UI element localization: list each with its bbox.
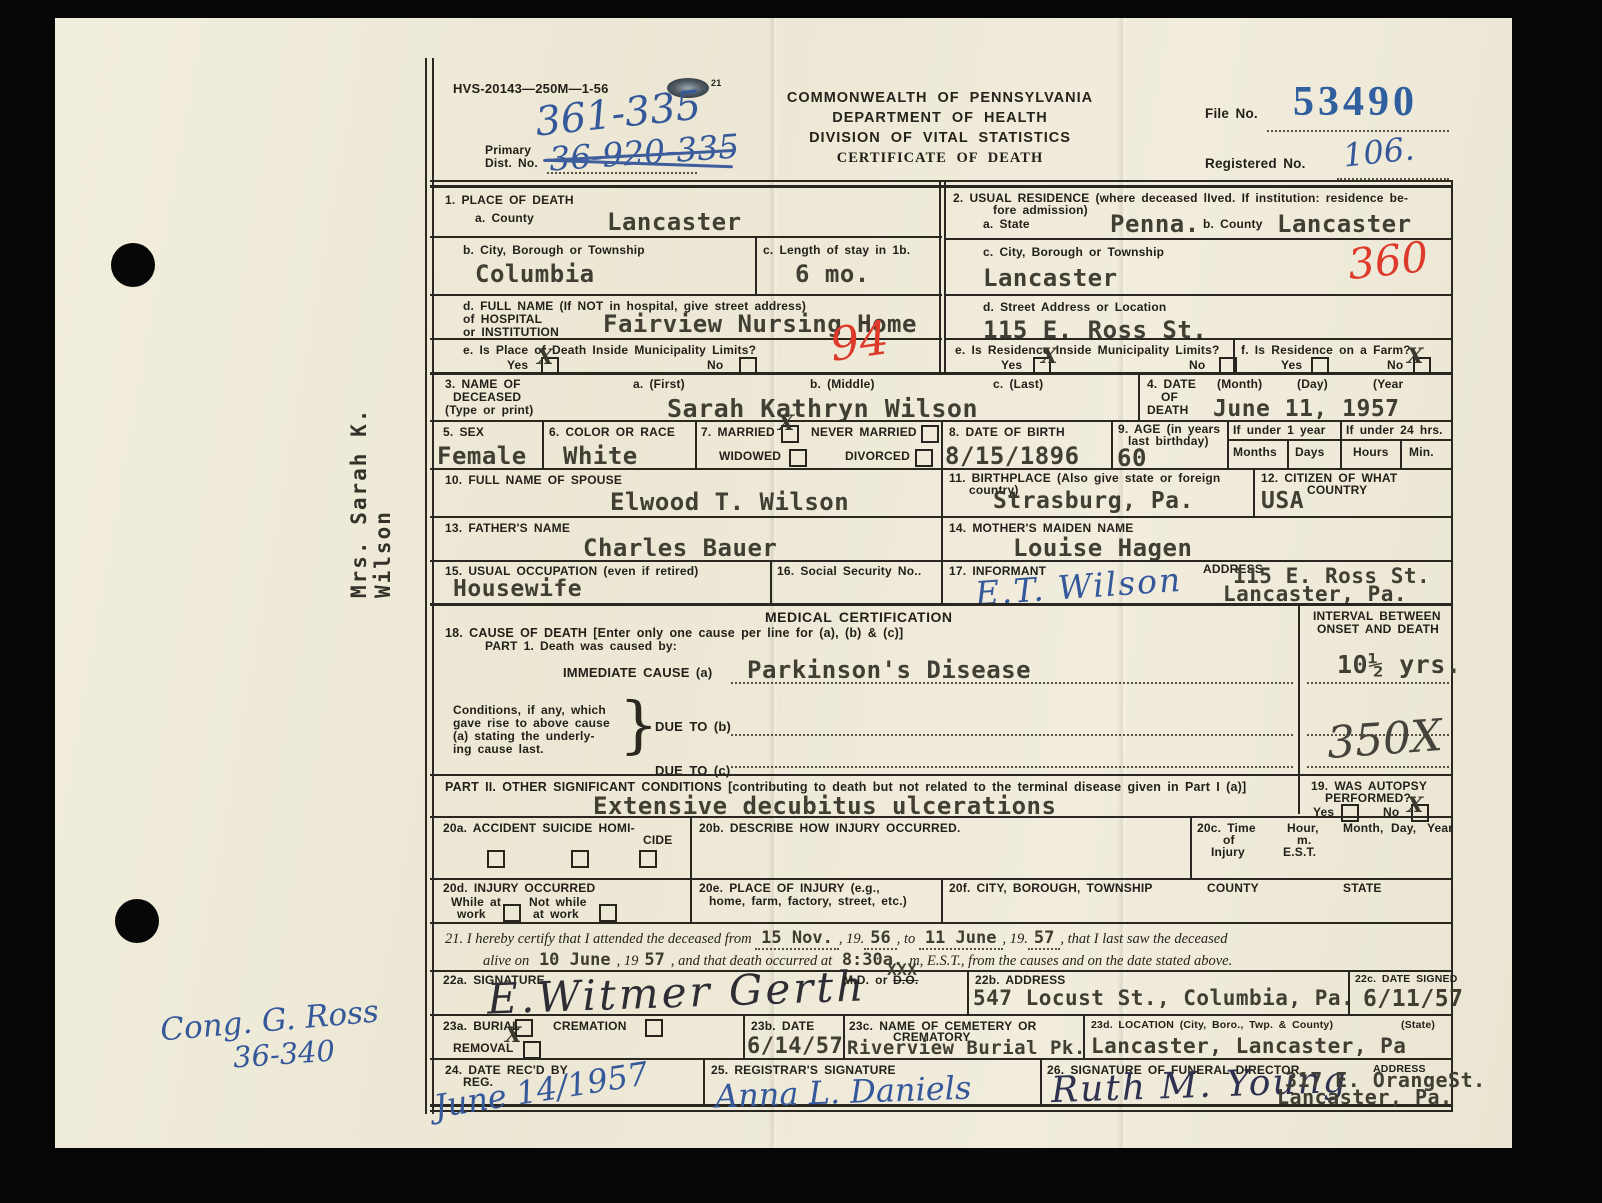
s20c-est-label: E.S.T. [1283,846,1316,859]
s22b-value: 547 Locust St., Columbia, Pa. [973,988,1354,1009]
divider [690,878,692,922]
divider [755,236,757,294]
divider [430,1058,1453,1060]
primary-dist-label2: Dist. No. [485,157,538,170]
s21-p1: 21. I hereby certify that I attended the… [445,931,752,947]
divider [946,294,1451,296]
divider [430,1110,1453,1112]
s15-value: Housewife [453,578,582,601]
s9-value: 60 [1117,446,1147,470]
s21-alive-date: 10 June [533,950,617,972]
s1c-label: c. Length of stay in 1b. [763,244,910,257]
org-line1: COMMONWEALTH OF PENNSYLVANIA [615,90,1265,106]
s21-to-date: 11 June [919,928,1003,950]
divider [743,1014,745,1058]
s20b-label: 20b. DESCRIBE HOW INJURY OCCURRED. [699,822,961,835]
s21-p7: , 19 [617,953,639,969]
s3-first-label: a. (First) [633,378,685,391]
stub-handwritten-note-line2: 36-340 [232,1036,336,1072]
stub-divider-rule [425,58,434,1114]
divider [941,516,943,560]
divider [939,180,941,372]
s3-middle-label: b. (Middle) [810,378,875,391]
s20f-county-label: COUNTY [1207,882,1259,895]
s18-interval-label2: ONSET AND DEATH [1317,623,1439,636]
s9-hours-label: Hours [1353,446,1389,459]
s23b-label: 23b. DATE [751,1020,814,1033]
divider [946,338,1451,340]
s19-no-x-mark: X [1407,794,1423,815]
s1e-no-label: No [707,359,723,372]
s20a-suicide-checkbox [571,850,589,868]
divider [430,294,942,296]
s20f-label: 20f. CITY, BOROUGH, TOWNSHIP [949,882,1153,895]
s18-cause-a-value: Parkinson's Disease [747,658,1031,682]
s2e-label: e. Is Residence Inside Municipality Limi… [955,344,1220,357]
s2f-no-x-mark: X [1407,345,1423,366]
s11-value: Strasburg, Pa. [993,490,1194,513]
dotted-line [1307,682,1449,684]
s2e-yes-label: Yes [1001,359,1022,372]
s20c-month-label: Month, [1343,822,1384,835]
s18-code-handwritten: 350X [1326,714,1444,766]
s20a-homicide-checkbox [639,850,657,868]
s13-label: 13. FATHER'S NAME [445,522,570,535]
divider [941,560,943,603]
s1e-yes-x-mark: X [537,346,553,367]
s23c-value: Riverview Burial Pk. [847,1039,1086,1058]
s3-title3: (Type or print) [445,404,533,417]
s3-value: Sarah Kathryn Wilson [667,396,978,421]
divider [430,774,1453,776]
s20d-while-checkbox [503,904,521,922]
s17-address-line2: Lancaster, Pa. [1223,584,1407,605]
s23a-removal-label: REMOVAL [453,1042,514,1055]
s23d-value: Lancaster, Lancaster, Pa [1091,1036,1406,1057]
s23a-cremation-checkbox [645,1019,663,1037]
s20f-state-label: STATE [1343,882,1382,895]
divider [770,560,772,603]
s9-months-label: Months [1233,446,1277,459]
divider [430,816,1453,818]
s8-label: 8. DATE OF BIRTH [949,426,1065,439]
s12-label2: COUNTRY [1307,484,1367,497]
s22c-label: 22c. DATE SIGNED [1355,974,1458,986]
s1b-label: b. City, Borough or Township [463,244,645,257]
s4-value: June 11, 1957 [1213,398,1400,421]
divider [1298,606,1300,814]
s9-under1yr-label: If under 1 year [1233,424,1326,437]
divider [1287,439,1289,468]
s7-never-married-label: NEVER MARRIED [811,426,917,439]
s4-year-label: (Year [1373,378,1403,391]
s21-p5: , that I last saw the deceased [1060,931,1227,947]
dotted-line [731,766,1293,768]
s2f-no-label: No [1387,359,1403,372]
s23d-label: 23d. LOCATION (City, Boro., Twp. & Count… [1091,1020,1333,1032]
s7-widowed-checkbox [789,449,807,467]
s21-p6: alive on [483,953,529,969]
s18-due-to-c-label: DUE TO (c) [655,764,730,779]
s3-last-label: c. (Last) [993,378,1043,391]
s22a-do-xxx-mark: XXX [887,962,917,978]
s2f-label: f. Is Residence on a Farm? [1241,344,1411,357]
divider [1083,1014,1085,1058]
part2-value: Extensive decubitus ulcerations [593,794,1056,818]
s2e-no-label: No [1189,359,1205,372]
s19-label2: PERFORMED? [1325,792,1411,805]
s1-red-code: 94 [827,314,891,368]
stamp-number: 21 [711,78,721,88]
s7-never-married-checkbox [921,425,939,443]
s20a-label2: CIDE [643,834,672,847]
s20d-label: 20d. INJURY OCCURRED [443,882,595,895]
s7-married-x-mark: X [778,412,794,433]
s2a-value: Penna. [1110,212,1200,236]
s21-p3: , to [897,931,916,947]
s1e-label: e. Is Place of Death Inside Municipality… [463,344,756,357]
s22a-md-label: M.D. or [843,974,888,987]
divider [1400,439,1402,468]
s2-red-code: 360 [1346,236,1430,286]
divider [430,922,1453,924]
header-org-block: COMMONWEALTH OF PENNSYLVANIA DEPARTMENT … [615,90,1265,171]
s2a-label: a. State [983,218,1030,231]
divider [1111,420,1113,468]
s18-label: 18. CAUSE OF DEATH [Enter only one cause… [445,626,903,640]
divider [967,970,969,1014]
s2b-value: Lancaster [1277,212,1412,236]
s20a-label: 20a. ACCIDENT SUICIDE HOMI- [443,822,635,835]
divider [944,180,946,372]
s18-immediate-cause-label: IMMEDIATE CAUSE (a) [563,666,712,681]
medical-certification-title: MEDICAL CERTIFICATION [765,610,952,626]
divider [695,420,697,468]
s13-value: Charles Bauer [583,536,777,560]
file-no-dotted-line [1267,130,1449,132]
registered-number-handwritten: 106. [1342,132,1416,171]
divider [1227,439,1340,441]
s2b-label: b. County [1203,218,1263,231]
s2c-label: c. City, Borough or Township [983,246,1164,259]
divider [1340,439,1451,441]
divider [1340,420,1342,468]
divider [941,468,943,516]
divider [430,1014,1453,1016]
punch-hole-bottom [115,899,159,943]
s21-from-year: 56 [864,928,896,950]
s21-p2: , 19. [839,931,864,947]
s8-value: 8/15/1896 [945,444,1080,468]
divider [1040,1058,1042,1106]
s23d-state-label: (State) [1401,1020,1435,1032]
s16-label: 16. Social Security No.. [777,565,921,578]
s1-title: 1. PLACE OF DEATH [445,194,574,207]
divider [1138,374,1140,420]
s1a-value: Lancaster [607,210,742,234]
divider [703,1058,705,1106]
divider [430,185,1453,188]
s21-p4: , 19. [1003,931,1028,947]
divider [941,420,943,468]
s1b-value: Columbia [475,262,595,286]
s21-from-date: 15 Nov. [755,928,839,950]
s20d-work-label: work [457,908,486,921]
divider [941,878,943,922]
s12-value: USA [1261,490,1304,513]
s20d-at-work-label: at work [533,908,579,921]
dotted-line [731,734,1293,736]
divider [843,1014,845,1058]
s9-days-label: Days [1295,446,1325,459]
s20c-label3: Injury [1211,846,1245,859]
s5-value: Female [437,444,527,468]
dotted-line [1307,766,1449,768]
s20c-day-label: Day, [1391,822,1416,835]
s23a-cremation-label: CREMATION [553,1020,627,1033]
s19-yes-checkbox [1341,804,1359,822]
registered-no-label: Registered No. [1205,156,1306,171]
divider [542,420,544,468]
s21-to-year: 57 [1028,928,1060,950]
s4-label3: DEATH [1147,404,1188,417]
s6-value: White [563,444,638,468]
divider [430,180,1453,182]
s20c-year-label: Year [1427,822,1453,835]
org-line3: DIVISION OF VITAL STATISTICS [615,130,1265,146]
s9-min-label: Min. [1409,446,1434,459]
s7-divorced-label: DIVORCED [845,450,910,463]
divider [1227,420,1229,468]
s18-interval-value: 10½ yrs. [1337,652,1461,677]
s2d-label: d. Street Address or Location [983,301,1166,314]
s9-under24h-label: If under 24 hrs. [1346,424,1443,437]
certificate-title: CERTIFICATE OF DEATH [615,150,1265,167]
s10-value: Elwood T. Wilson [610,490,849,514]
s2f-yes-label: Yes [1281,359,1302,372]
s14-value: Louise Hagen [1013,536,1192,560]
s2-title-line2: fore admission) [993,204,1088,217]
s23b-value: 6/14/57 [747,1036,843,1058]
stub-vertical-name: Mrs. Sarah K. Wilson [347,318,395,598]
divider [1190,816,1192,878]
s2c-value: Lancaster [983,266,1118,290]
s7-married-label: 7. MARRIED [701,426,775,439]
s1c-value: 6 mo. [795,262,870,286]
s22c-value: 6/11/57 [1363,988,1463,1011]
file-no-label: File No. [1205,106,1258,121]
punch-hole-top [111,243,155,287]
divider [430,372,1453,375]
divider [430,236,942,238]
s10-label: 10. FULL NAME OF SPOUSE [445,474,622,487]
s26-address-line2: Lancaster, Pa. [1277,1087,1453,1107]
s4-day-label: (Day) [1297,378,1328,391]
s2e-yes-x-mark: X [1041,345,1057,366]
divider [690,816,692,878]
s1e-yes-label: Yes [507,359,528,372]
s21-line1: 21. I hereby certify that I attended the… [445,928,1228,948]
divider [1253,468,1255,516]
conditions-brace: } [619,694,658,756]
divider [1233,338,1235,372]
s18-part1-label: PART 1. Death was caused by: [485,640,677,653]
divider [1348,970,1350,1014]
death-certificate-scan: Mrs. Sarah K. Wilson Cong. G. Ross 36-34… [55,18,1512,1148]
s18-conditions-line4: ing cause last. [453,743,544,756]
s4-month-label: (Month) [1217,378,1262,391]
s7-divorced-checkbox [915,449,933,467]
s23a-removal-checkbox [523,1041,541,1059]
s25-registrar-signature: Anna L. Daniels [715,1072,972,1113]
s20a-accident-checkbox [487,850,505,868]
s18-due-to-b-label: DUE TO (b) [655,720,731,735]
org-line2: DEPARTMENT OF HEALTH [615,110,1265,126]
s1a-label: a. County [475,212,534,225]
s7-widowed-label: WIDOWED [719,450,781,463]
s22a-physician-signature: E.Witmer Gerth [486,965,867,1020]
s21-p9: m, E.S.T., from the causes and on the da… [909,953,1232,969]
dotted-line [731,682,1293,684]
file-number-stamp: 53490 [1293,78,1418,126]
s20e-label2: home, farm, factory, street, etc.) [709,895,907,908]
s5-label: 5. SEX [443,426,484,439]
s20d-not-while-checkbox [599,904,617,922]
s6-label: 6. COLOR OR RACE [549,426,675,439]
